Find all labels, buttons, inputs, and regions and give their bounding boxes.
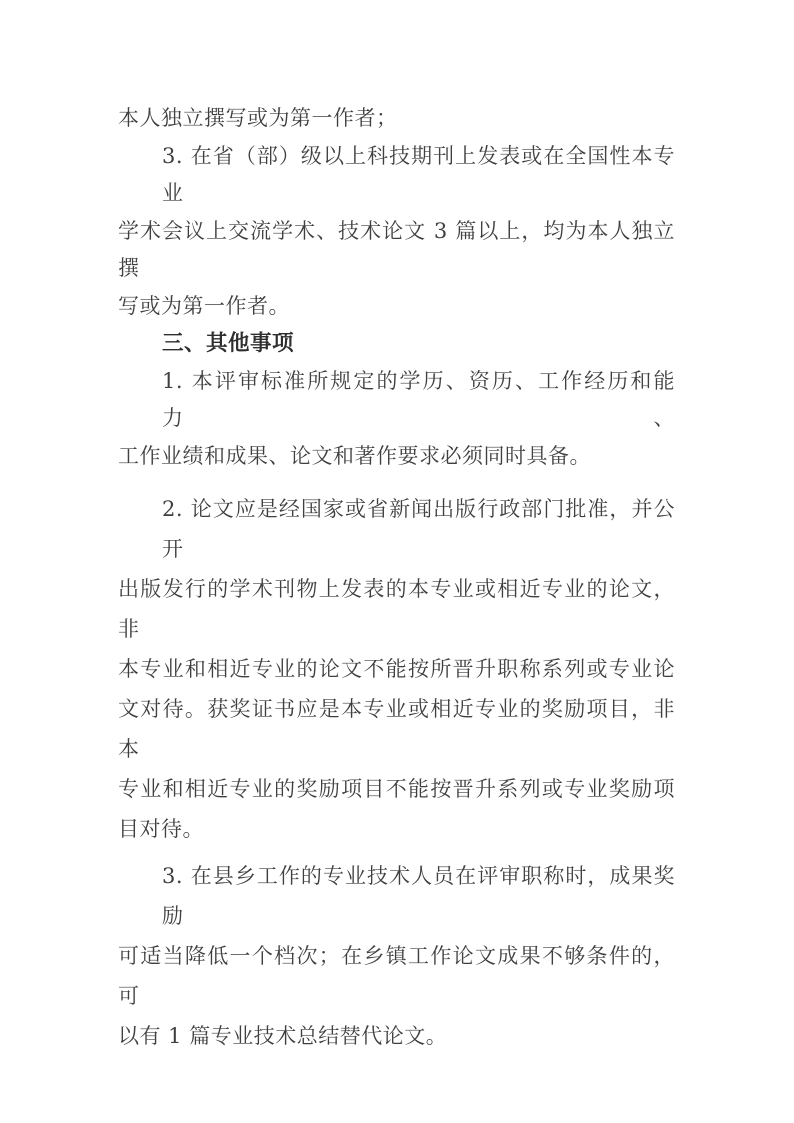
section-heading: 三、其他事项 bbox=[118, 325, 675, 363]
body-line: 学术会议上交流学术、技术论文 3 篇以上，均为本人独立撰 bbox=[118, 213, 675, 288]
body-line: 本专业和相近专业的论文不能按所晋升职称系列或专业论 bbox=[118, 649, 675, 689]
body-line: 可适当降低一个档次；在乡镇工作论文成果不够条件的，可 bbox=[118, 936, 675, 1016]
body-line: 目对待。 bbox=[118, 809, 675, 849]
document-text-block: 本人独立撰写或为第一作者； 3. 在省（部）级以上科技期刊上发表或在全国性本专业… bbox=[118, 100, 675, 1056]
body-line: 2. 论文应是经国家或省新闻出版行政部门批准，并公开 bbox=[118, 489, 675, 569]
body-line: 本人独立撰写或为第一作者； bbox=[118, 100, 675, 138]
body-line: 文对待。获奖证书应是本专业或相近专业的奖励项目，非本 bbox=[118, 689, 675, 769]
document-page: 本人独立撰写或为第一作者； 3. 在省（部）级以上科技期刊上发表或在全国性本专业… bbox=[0, 0, 794, 1123]
body-line: 工作业绩和成果、论文和著作要求必须同时具备。 bbox=[118, 438, 675, 476]
body-line: 专业和相近专业的奖励项目不能按晋升系列或专业奖励项 bbox=[118, 769, 675, 809]
body-line: 写或为第一作者。 bbox=[118, 288, 675, 326]
body-line: 3. 在省（部）级以上科技期刊上发表或在全国性本专业 bbox=[118, 138, 675, 213]
body-line: 出版发行的学术刊物上发表的本专业或相近专业的论文，非 bbox=[118, 569, 675, 649]
body-line: 3. 在县乡工作的专业技术人员在评审职称时，成果奖励 bbox=[118, 856, 675, 936]
body-line: 以有 1 篇专业技术总结替代论文。 bbox=[118, 1016, 675, 1056]
body-line: 1. 本评审标准所规定的学历、资历、工作经历和能力、 bbox=[118, 363, 675, 438]
